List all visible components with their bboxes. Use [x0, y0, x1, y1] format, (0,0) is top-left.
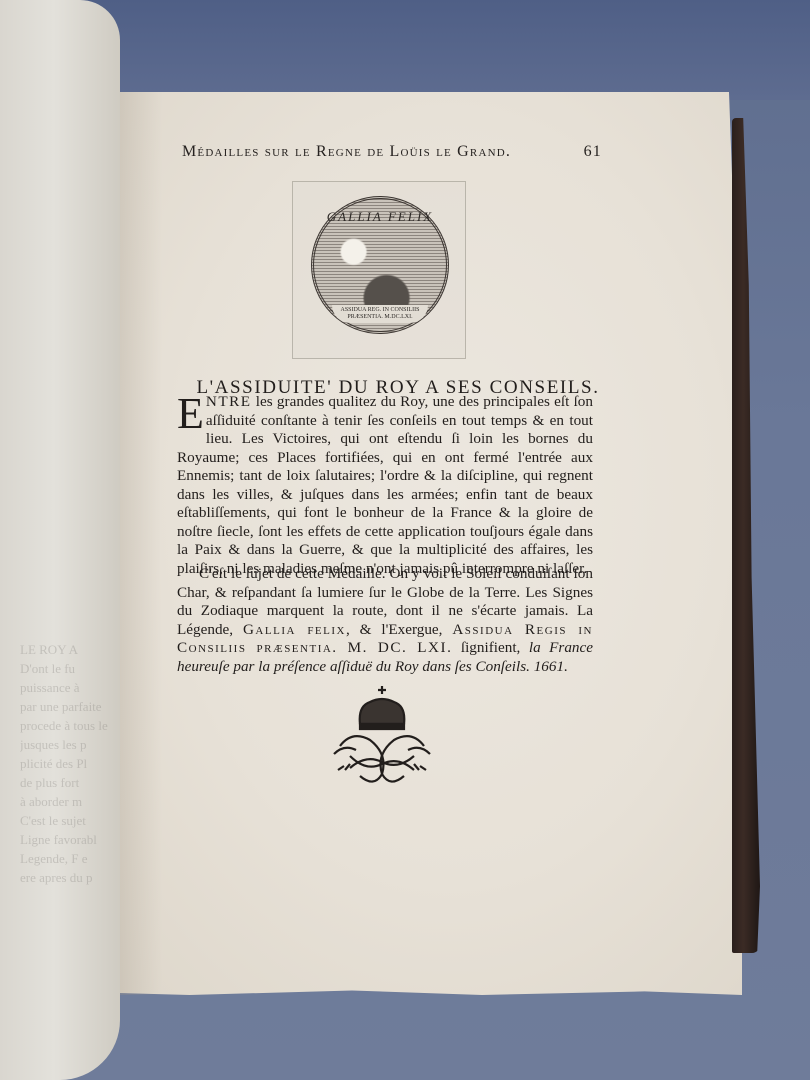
p2-text-b: , & l'Exergue,	[346, 621, 452, 638]
drop-cap: E	[177, 397, 204, 431]
ghost-line: de plus fort	[20, 773, 115, 792]
medal-sun-chariot-icon: GALLIA FELIX ASSIDUA REG. IN CONSILIIS P…	[311, 196, 449, 334]
ghost-line: C'est le sujet	[20, 811, 115, 830]
ghost-line: plicité des Pl	[20, 754, 115, 773]
ghost-line: jusques les p	[20, 735, 115, 754]
page-number: 61	[584, 143, 602, 161]
ghost-line: à aborder m	[20, 792, 115, 811]
background-top	[0, 0, 810, 100]
ghost-line: puissance à	[20, 678, 115, 697]
p2-text-c: ſignifient,	[452, 639, 528, 656]
paragraph-1-text: les grandes qualitez du Roy, une des pri…	[177, 393, 593, 577]
p2-legend: Gallia felix	[243, 621, 346, 638]
running-head-title: Médailles sur le Regne de Loüis le Grand…	[182, 143, 511, 160]
leather-binding-edge	[732, 118, 760, 953]
paragraph-2: C'eſt le ſujet de cette Médaille. On y v…	[177, 565, 593, 676]
ghost-text-block: LE ROY A D'ont le fu puissance à par une…	[20, 640, 115, 887]
opening-small-caps: NTRE	[206, 393, 252, 410]
ghost-line: procede à tous le	[20, 716, 115, 735]
running-head: Médailles sur le Regne de Loüis le Grand…	[182, 143, 602, 161]
ghost-line: Legende, F e	[20, 849, 115, 868]
crowned-cipher-ornament-icon	[330, 684, 434, 792]
ghost-line: D'ont le fu	[20, 659, 115, 678]
medal-exergue: ASSIDUA REG. IN CONSILIIS PRÆSENTIA. M.D…	[332, 305, 428, 323]
medal-legend: GALLIA FELIX	[314, 209, 446, 225]
ghost-line: ere apres du p	[20, 868, 115, 887]
left-page-curled: LE ROY A D'ont le fu puissance à par une…	[0, 0, 120, 1080]
ghost-line: LE ROY A	[20, 640, 115, 659]
ghost-line: par une parfaite	[20, 697, 115, 716]
paragraph-1: ENTRE les grandes qualitez du Roy, une d…	[177, 393, 593, 578]
ghost-line: Ligne favorabl	[20, 830, 115, 849]
medal-engraving-plate: GALLIA FELIX ASSIDUA REG. IN CONSILIIS P…	[292, 181, 466, 359]
